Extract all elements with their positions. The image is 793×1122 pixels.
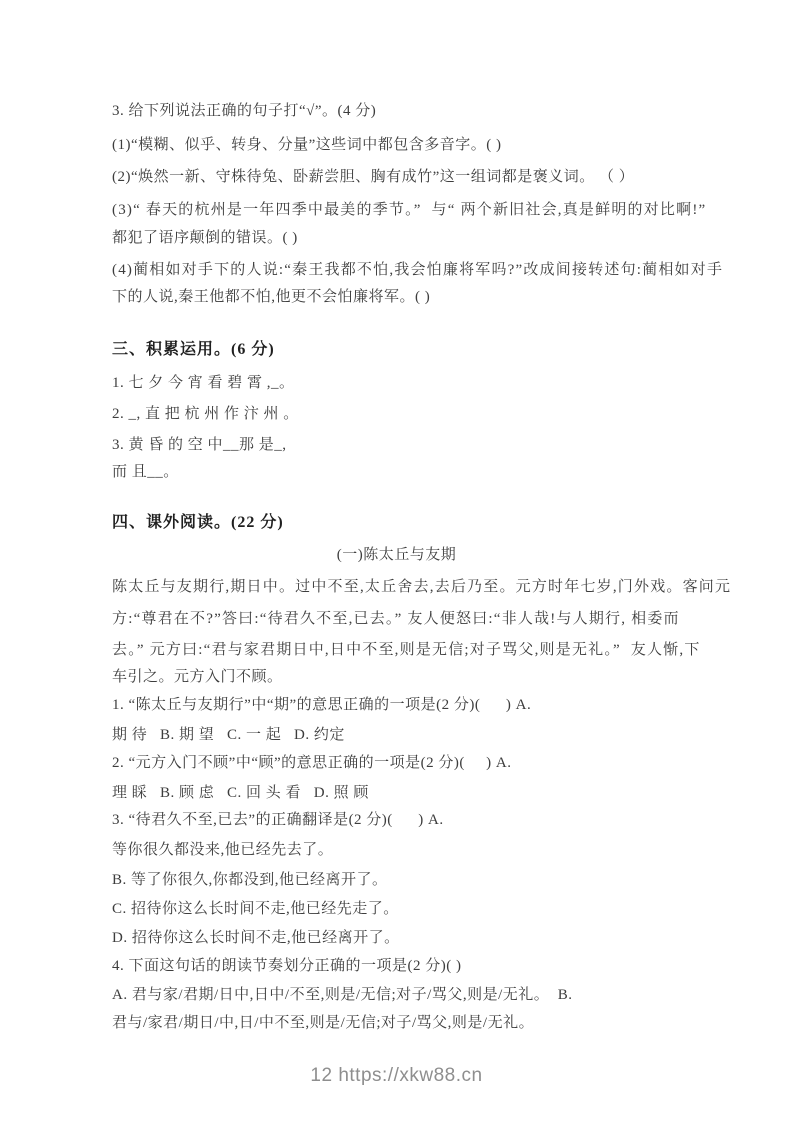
question3-item2: (2)“焕然一新、守株待兔、卧薪尝胆、胸有成竹”这一组词都是褒义词。 （ ）: [112, 165, 634, 189]
reading-q4-option-a: A. 君与家/君期/日中,日中/不至,则是/无信;对子/骂父,则是/无礼。 B.: [112, 983, 573, 1007]
reading-q4-stem: 4. 下面这句话的朗读节奏划分正确的一项是(2 分)( ): [112, 954, 461, 978]
reading-q3-option-d: D. 招待你这么长时间不走,他已经离开了。: [112, 926, 400, 950]
section-three-line1: 1. 七 夕 今 宵 看 碧 霄 ,_。: [112, 371, 295, 395]
reading-q3-option-a: 等你很久都没来,他已经先去了。: [112, 838, 333, 862]
question3-item3-line1: (3)“ 春天的杭州是一年四季中最美的季节。” 与“ 两个新旧社会,真是鲜明的对…: [112, 198, 706, 222]
reading-q2-options: 理 睬 B. 顾 虑 C. 回 头 看 D. 照 顾: [112, 781, 369, 805]
page-footer-url: 12 https://xkw88.cn: [0, 1063, 793, 1089]
section-four-heading: 四、课外阅读。(22 分): [112, 511, 284, 535]
passage-line1: 陈太丘与友期行,期日中。过中不至,太丘舍去,去后乃至。元方时年七岁,门外戏。客问…: [112, 575, 731, 599]
question3-item4-line2: 下的人说,秦王他都不怕,他更不会怕廉将军。( ): [112, 285, 430, 309]
reading-q3-stem: 3. “待君久不至,已去”的正确翻译是(2 分)( ) A.: [112, 808, 444, 832]
reading-q4-option-b: 君与/家君/期日/中,日/中不至,则是/无信;对子/骂父,则是/无礼。: [112, 1011, 534, 1035]
question3-item1: (1)“模糊、似乎、转身、分量”这些词中都包含多音字。( ): [112, 133, 502, 157]
question3-title: 3. 给下列说法正确的句子打“√”。(4 分): [112, 99, 376, 123]
question3-item3-line2: 都犯了语序颠倒的错误。( ): [112, 226, 298, 250]
passage-line4: 车引之。元方入门不顾。: [112, 665, 283, 689]
reading-q3-option-c: C. 招待你这么长时间不走,他已经先走了。: [112, 897, 399, 921]
reading-q2-stem: 2. “元方入门不顾”中“顾”的意思正确的一项是(2 分)( ) A.: [112, 751, 511, 775]
reading-q1-stem: 1. “陈太丘与友期行”中“期”的意思正确的一项是(2 分)( ) A.: [112, 693, 531, 717]
section-three-heading: 三、积累运用。(6 分): [112, 338, 275, 362]
reading-q1-options: 期 待 B. 期 望 C. 一 起 D. 约定: [112, 723, 345, 747]
question3-item4-line1: (4)蔺相如对手下的人说:“秦王我都不怕,我会怕廉将军吗?”改成间接转述句:蔺相…: [112, 258, 723, 282]
section-three-line3: 3. 黄 昏 的 空 中__那 是_,: [112, 433, 287, 457]
passage-line3: 去。” 元方曰:“君与家君期日中,日中不至,则是无信;对子骂父,则是无礼。” 友…: [112, 638, 701, 662]
exam-page: 3. 给下列说法正确的句子打“√”。(4 分) (1)“模糊、似乎、转身、分量”…: [0, 0, 793, 1122]
passage-line2: 方:“尊君在不?”答曰:“待君久不至,已去。” 友人便怒曰:“非人哉!与人期行,…: [112, 607, 680, 631]
reading-q3-option-b: B. 等了你很久,你都没到,他已经离开了。: [112, 868, 388, 892]
section-three-line4: 而 且__。: [112, 460, 179, 484]
passage-title: (一)陈太丘与友期: [0, 543, 793, 567]
section-three-line2: 2. _, 直 把 杭 州 作 汴 州 。: [112, 402, 299, 426]
